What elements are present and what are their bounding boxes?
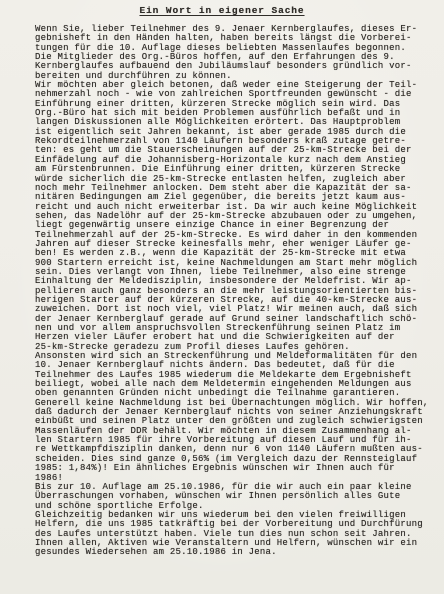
document-title: Ein Wort in eigener Sache <box>0 5 444 16</box>
scanned-page: Ein Wort in eigener Sache Wenn Sie, lieb… <box>0 0 444 594</box>
document-body-text: Wenn Sie, lieber Teilnehmer des 9. Jenae… <box>35 25 435 558</box>
